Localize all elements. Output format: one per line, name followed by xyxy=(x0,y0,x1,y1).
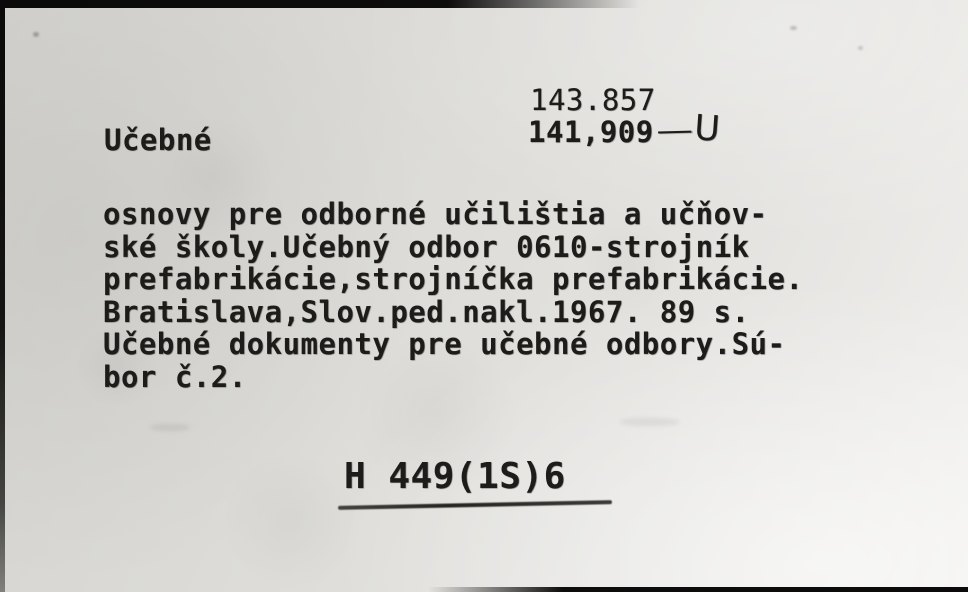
body-line: osnovy pre odborné učilištia a učňov- xyxy=(103,198,803,231)
call-number: H 449(1S)6 xyxy=(344,458,566,496)
body-line: ské školy.Učebný odbor 0610-strojník xyxy=(103,231,803,264)
bibliographic-entry: osnovy pre odborné učilištia a učňov- sk… xyxy=(103,198,803,393)
body-line: Učebné dokumenty pre učebné odbory.Sú- xyxy=(103,328,803,361)
accession-suffix-letter: U xyxy=(693,111,721,147)
accession-number-row: 141,909 – U xyxy=(528,115,720,149)
heading-word: Učebné xyxy=(104,124,212,156)
accession-number: 141,909 xyxy=(528,115,654,149)
catalog-card-scan: 143.857 141,909 – U Učebné osnovy pre od… xyxy=(0,0,968,592)
call-number-underline xyxy=(338,500,612,510)
typed-content-layer: 143.857 141,909 – U Učebné osnovy pre od… xyxy=(0,0,968,592)
body-line: prefabrikácie,strojníčka prefabrikácie. xyxy=(103,263,803,296)
body-line: Bratislava,Slov.ped.nakl.1967. 89 s. xyxy=(103,296,803,329)
accession-dash: – xyxy=(656,113,693,148)
classification-number: 143.857 xyxy=(530,85,656,115)
body-line: bor č.2. xyxy=(103,361,803,394)
